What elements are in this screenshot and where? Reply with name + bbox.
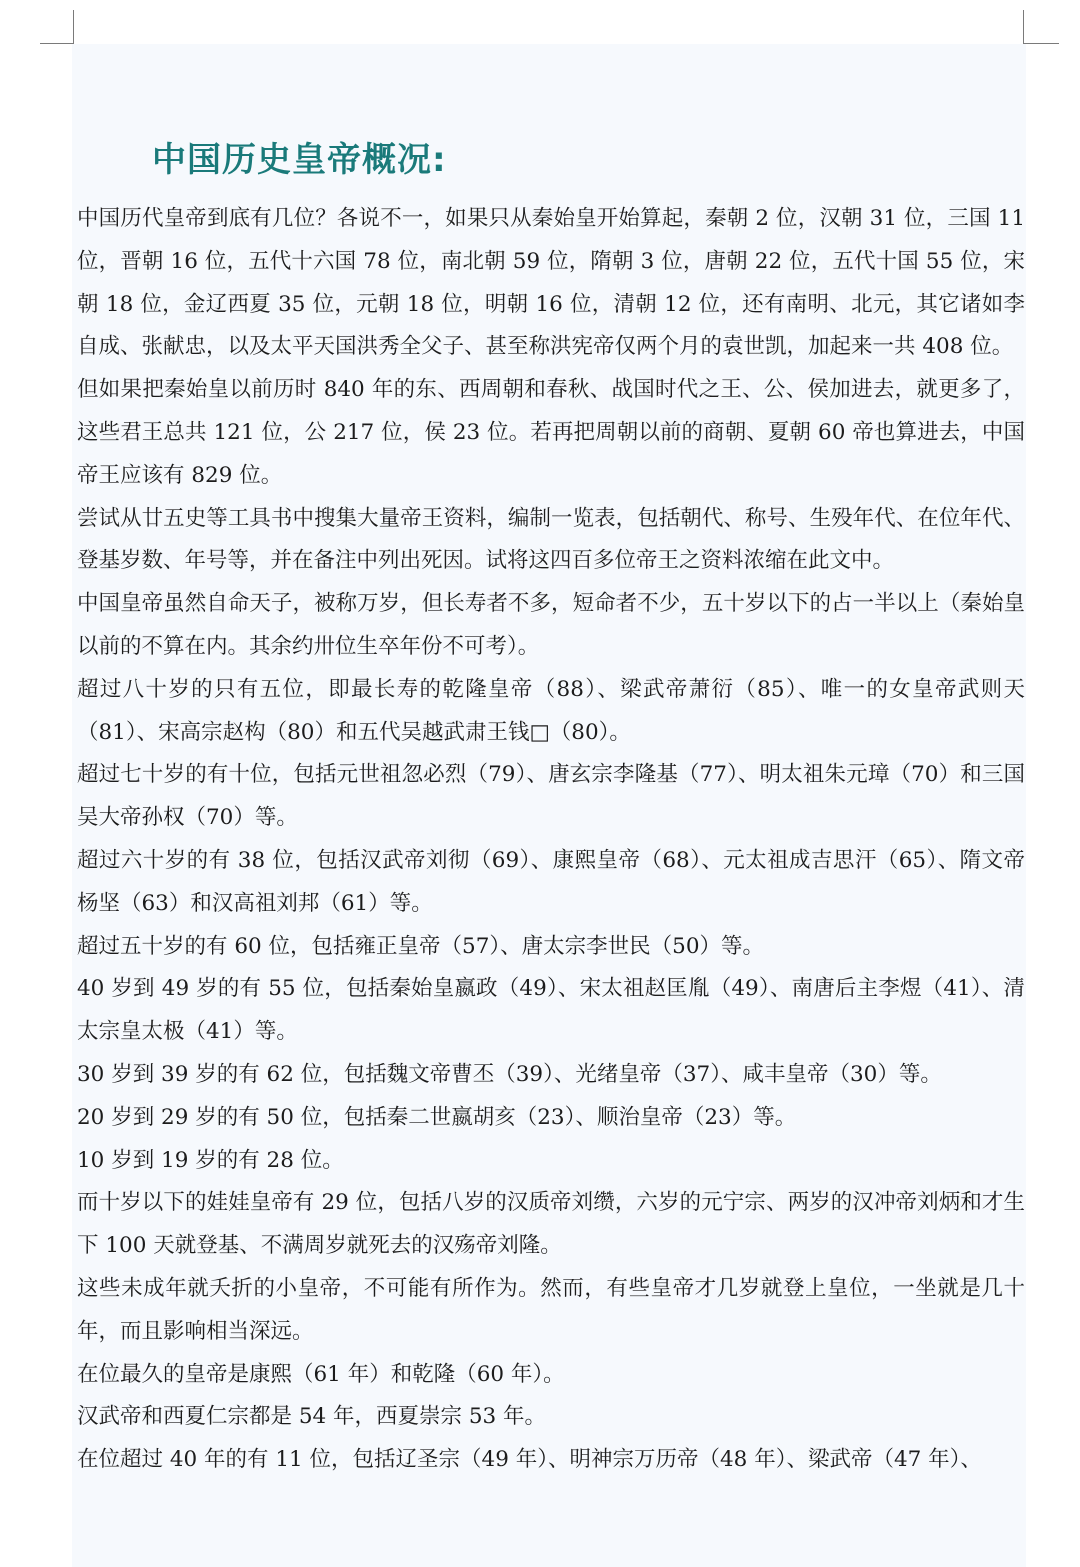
paragraph: 10 岁到 19 岁的有 28 位。	[77, 1140, 1025, 1183]
paragraph: 但如果把秦始皇以前历时 840 年的东、西周朝和春秋、战国时代之王、公、侯加进去…	[77, 369, 1025, 497]
crop-mark-top-left	[40, 10, 74, 44]
paragraph: 在位超过 40 年的有 11 位，包括辽圣宗（49 年）、明神宗万历帝（48 年…	[77, 1439, 1025, 1482]
paragraph: 尝试从廿五史等工具书中搜集大量帝王资料，编制一览表，包括朝代、称号、生殁年代、在…	[77, 498, 1025, 584]
document-title: 中国历史皇帝概况:	[152, 132, 447, 181]
paragraph: 中国皇帝虽然自命天子，被称万岁，但长寿者不多，短命者不少，五十岁以下的占一半以上…	[77, 583, 1025, 669]
paragraph: 在位最久的皇帝是康熙（61 年）和乾隆（60 年）。	[77, 1354, 1025, 1397]
crop-mark-top-right	[1023, 10, 1059, 44]
paragraph: 30 岁到 39 岁的有 62 位，包括魏文帝曹丕（39）、光绪皇帝（37）、咸…	[77, 1054, 1025, 1097]
paragraph: 超过八十岁的只有五位，即最长寿的乾隆皇帝（88）、梁武帝萧衍（85）、唯一的女皇…	[77, 669, 1025, 755]
paragraph: 这些未成年就夭折的小皇帝，不可能有所作为。然而，有些皇帝才几岁就登上皇位，一坐就…	[77, 1268, 1025, 1354]
paragraph: 汉武帝和西夏仁宗都是 54 年，西夏崇宗 53 年。	[77, 1396, 1025, 1439]
paragraph: 20 岁到 29 岁的有 50 位，包括秦二世嬴胡亥（23）、顺治皇帝（23）等…	[77, 1097, 1025, 1140]
paragraph: 而十岁以下的娃娃皇帝有 29 位，包括八岁的汉质帝刘缵，六岁的元宁宗、两岁的汉冲…	[77, 1182, 1025, 1268]
document-body: 中国历代皇帝到底有几位？各说不一，如果只从秦始皇开始算起，秦朝 2 位，汉朝 3…	[77, 198, 1025, 1482]
paragraph: 超过七十岁的有十位，包括元世祖忽必烈（79）、唐玄宗李隆基（77）、明太祖朱元璋…	[77, 754, 1025, 840]
paragraph: 超过五十岁的有 60 位，包括雍正皇帝（57）、唐太宗李世民（50）等。	[77, 926, 1025, 969]
paragraph: 中国历代皇帝到底有几位？各说不一，如果只从秦始皇开始算起，秦朝 2 位，汉朝 3…	[77, 198, 1025, 369]
paragraph: 超过六十岁的有 38 位，包括汉武帝刘彻（69）、康熙皇帝（68）、元太祖成吉思…	[77, 840, 1025, 926]
paragraph: 40 岁到 49 岁的有 55 位，包括秦始皇嬴政（49）、宋太祖赵匡胤（49）…	[77, 968, 1025, 1054]
